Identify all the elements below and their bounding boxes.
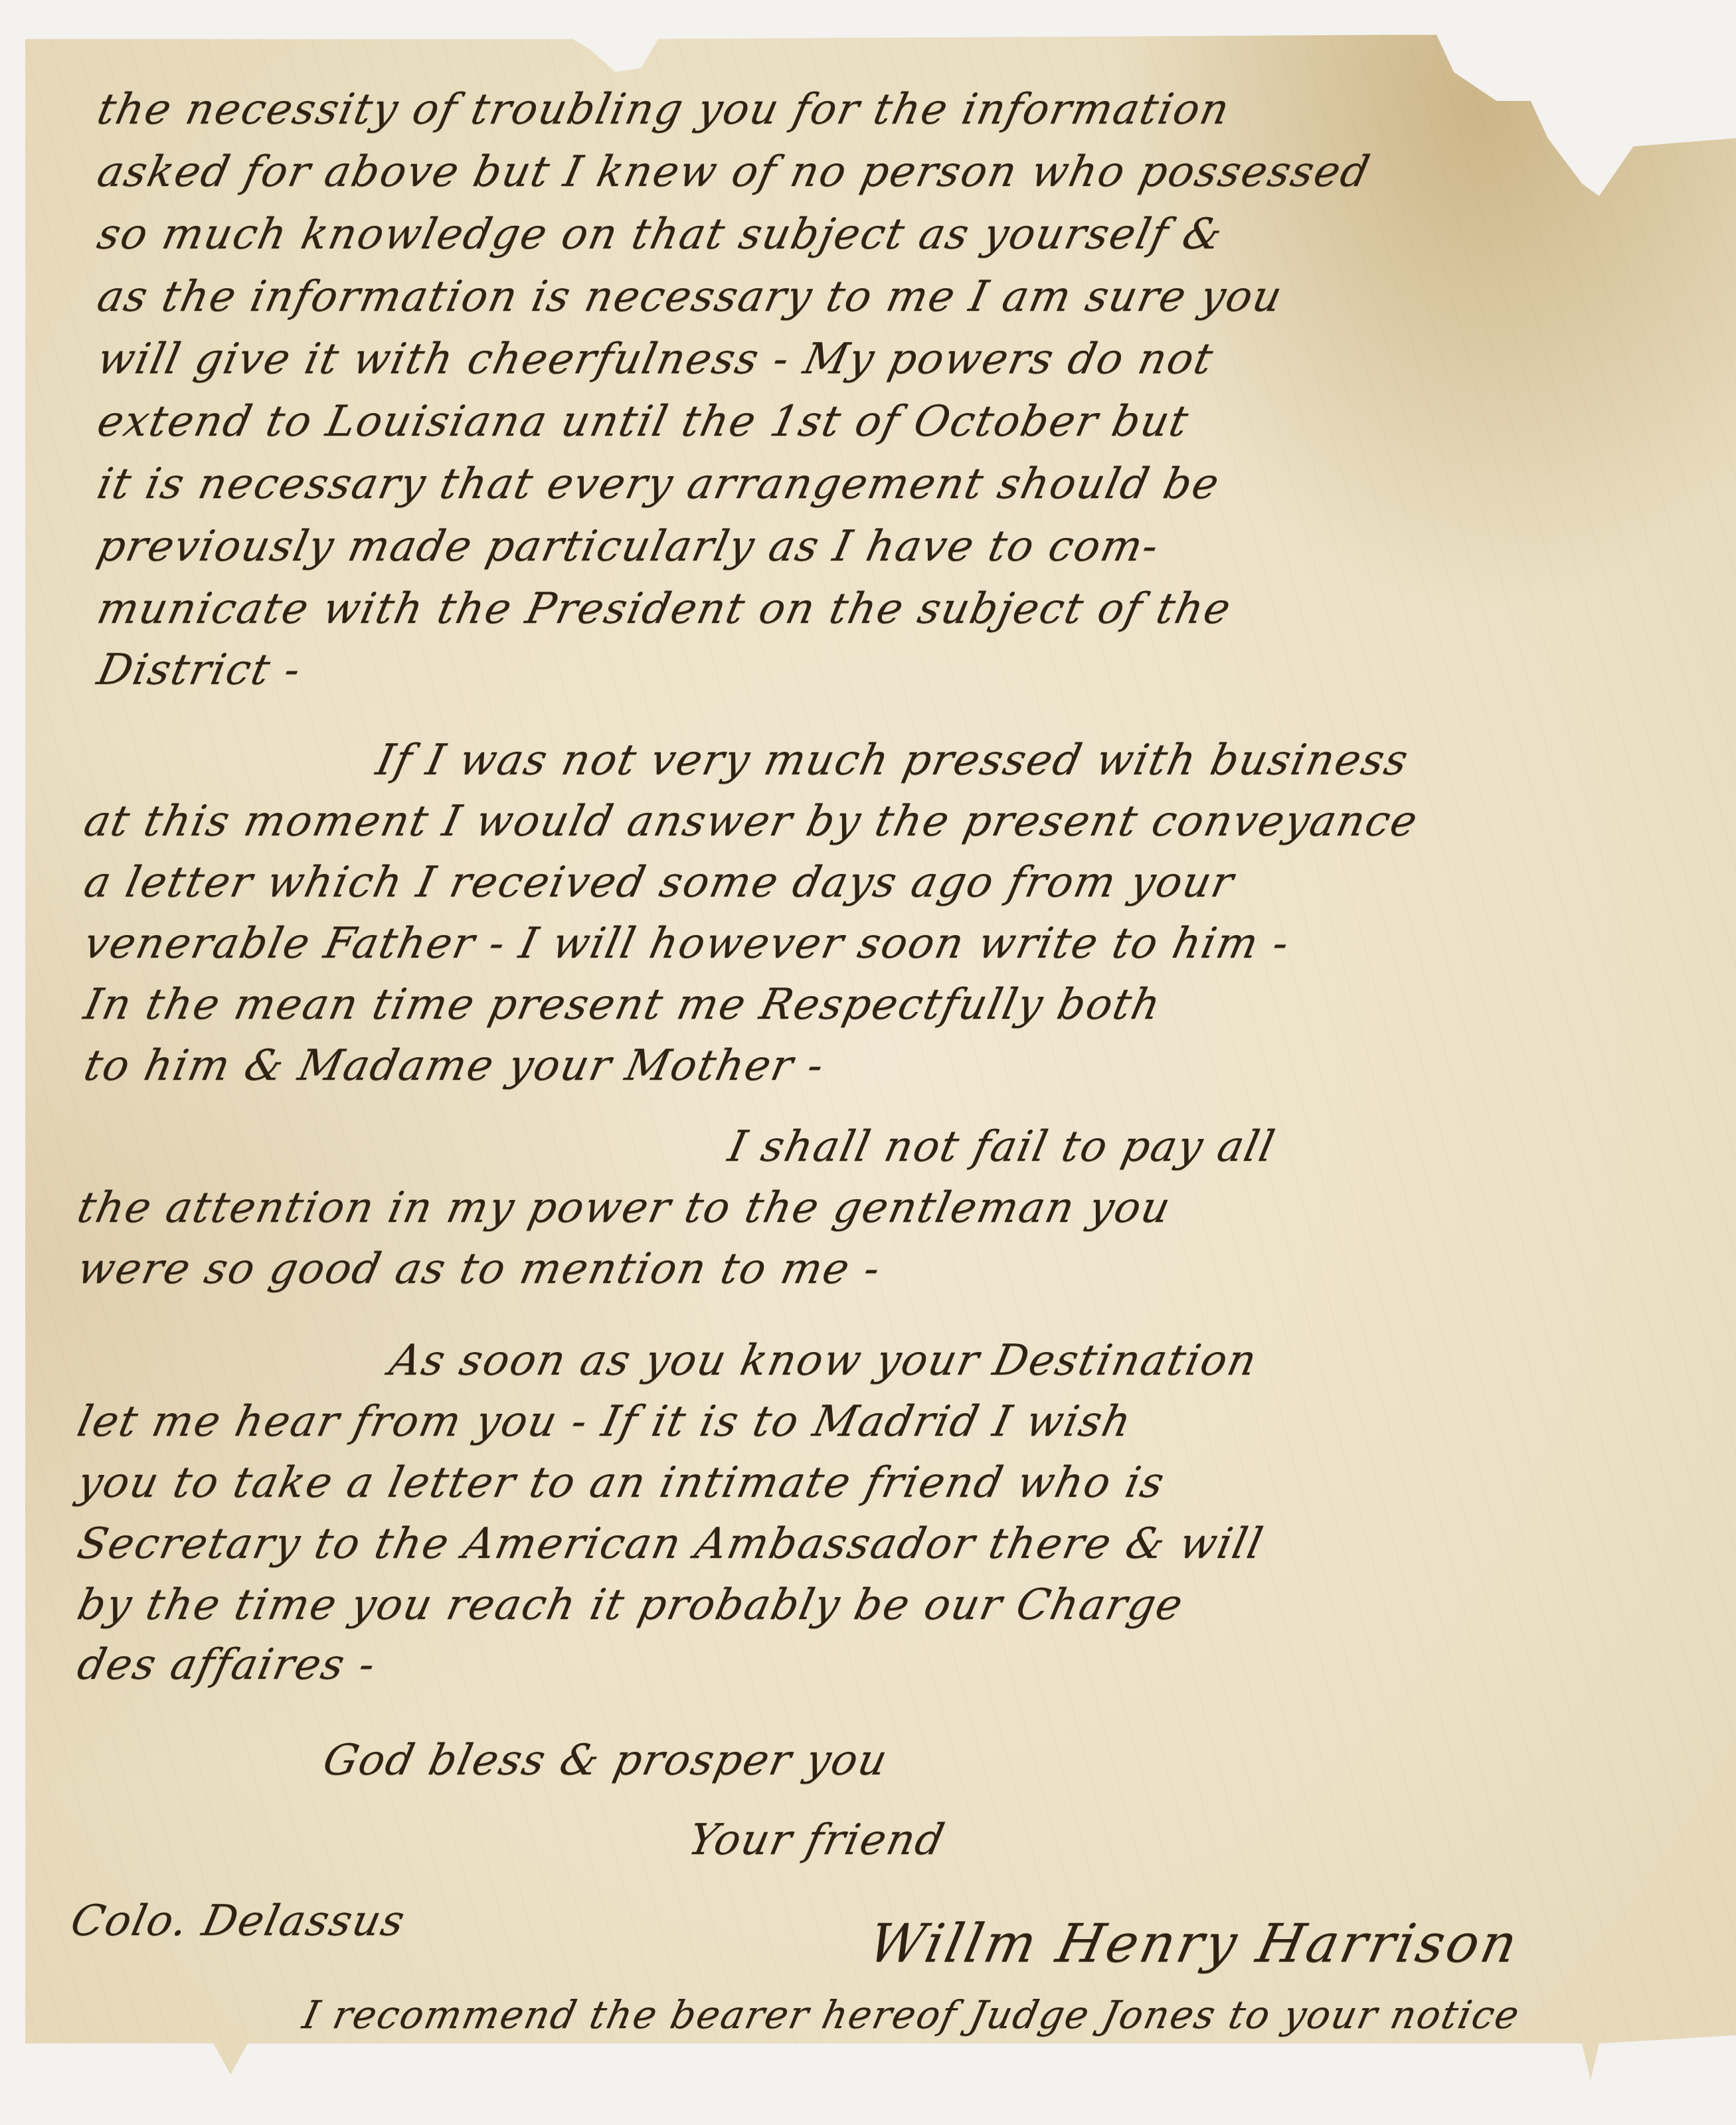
letter-line: a letter which I received some days ago … [80, 858, 1239, 907]
letter-line: I shall not fail to pay all [724, 1122, 1280, 1171]
letter-line: were so good as to mention to me - [73, 1244, 885, 1294]
letter-line: let me hear from you - If it is to Madri… [73, 1397, 1136, 1446]
closing-valediction: Your friend [684, 1816, 950, 1865]
letter-line: previously made particularly as I have t… [93, 522, 1164, 571]
letter-line: In the mean time present me Respectfully… [80, 980, 1166, 1029]
letter-line: at this moment I would answer by the pre… [80, 797, 1423, 846]
addressee: Colo. Delassus [66, 1897, 410, 1946]
letter-line: to him & Madame your Mother - [80, 1041, 829, 1090]
letter-line: If I was not very much pressed with busi… [372, 736, 1413, 785]
letter-line: you to take a letter to an intimate frie… [73, 1458, 1170, 1507]
postscript: I recommend the bearer hereof Judge Jone… [299, 1992, 1524, 2037]
letter-line: the necessity of troubling you for the i… [93, 85, 1235, 134]
closing-blessing: God bless & prosper you [319, 1736, 893, 1785]
letter-line: will give it with cheerfulness - My powe… [93, 335, 1218, 384]
letter-line: asked for above but I knew of no person … [93, 147, 1375, 197]
letter-line: venerable Father - I will however soon w… [80, 919, 1294, 968]
letter-line: extend to Louisiana until the 1st of Oct… [93, 397, 1193, 446]
letter-line: District - [93, 645, 306, 695]
letter-line: municate with the President on the subje… [93, 584, 1236, 634]
letter-line: by the time you reach it probably be our… [73, 1580, 1188, 1630]
letter-line: Secretary to the American Ambassador the… [73, 1519, 1268, 1569]
letter-line: the attention in my power to the gentlem… [73, 1183, 1175, 1232]
letter-line: As soon as you know your Destination [385, 1336, 1262, 1385]
letter-line: it is necessary that every arrangement s… [93, 460, 1225, 509]
letter-line: so much knowledge on that subject as you… [93, 210, 1228, 259]
signature: Willm Henry Harrison [863, 1912, 1525, 1974]
letter-line: des affaires - [73, 1640, 381, 1689]
letter-line: as the information is necessary to me I … [93, 272, 1287, 321]
